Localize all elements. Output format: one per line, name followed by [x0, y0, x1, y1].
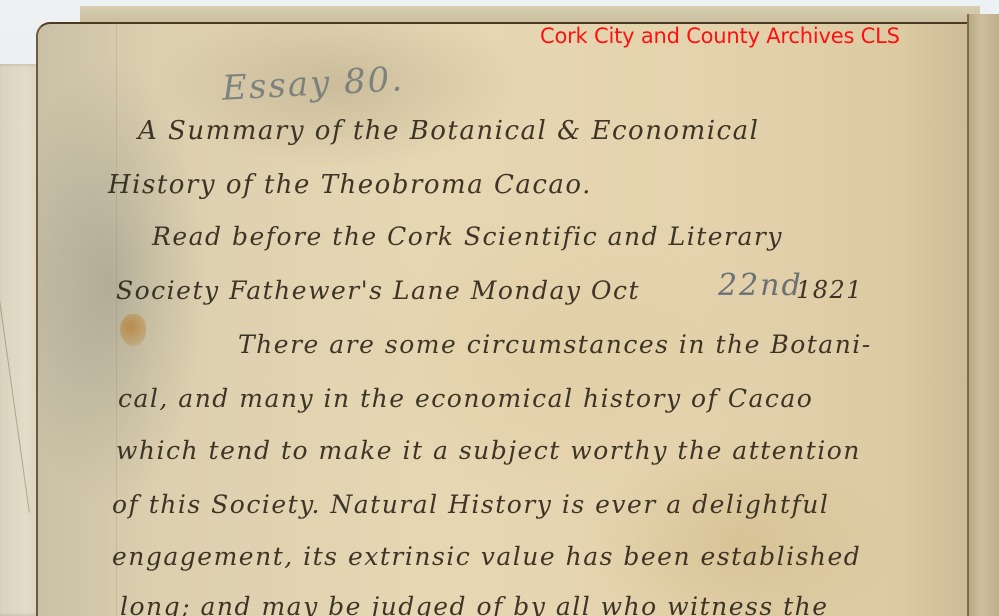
title-line-1: A Summary of the Botanical & Economical	[138, 116, 759, 146]
body-line-6: long; and may be judged of by all who wi…	[120, 592, 829, 616]
scanned-manuscript-scene: Cork City and County Archives CLS Essay …	[0, 0, 999, 616]
right-binding-edge	[967, 14, 999, 616]
body-line-3: which tend to make it a subject worthy t…	[116, 436, 861, 465]
body-line-1: There are some circumstances in the Bota…	[238, 330, 872, 359]
archive-watermark: Cork City and County Archives CLS	[540, 24, 900, 48]
read-before-line-2: Society Fathewer's Lane Monday Oct	[116, 276, 640, 305]
manuscript-page	[36, 22, 978, 616]
title-line-2: History of the Theobroma Cacao.	[108, 170, 592, 200]
date-year: 1821	[796, 276, 863, 304]
body-line-4: of this Society. Natural History is ever…	[112, 490, 829, 519]
body-line-2: cal, and many in the economical history …	[118, 384, 813, 413]
page-margin-line	[116, 22, 117, 616]
read-before-line-1: Read before the Cork Scientific and Lite…	[152, 222, 783, 251]
pencil-date-day: 22nd	[718, 268, 803, 303]
body-line-5: engagement, its extrinsic value has been…	[112, 542, 861, 571]
ink-stain	[120, 314, 146, 346]
